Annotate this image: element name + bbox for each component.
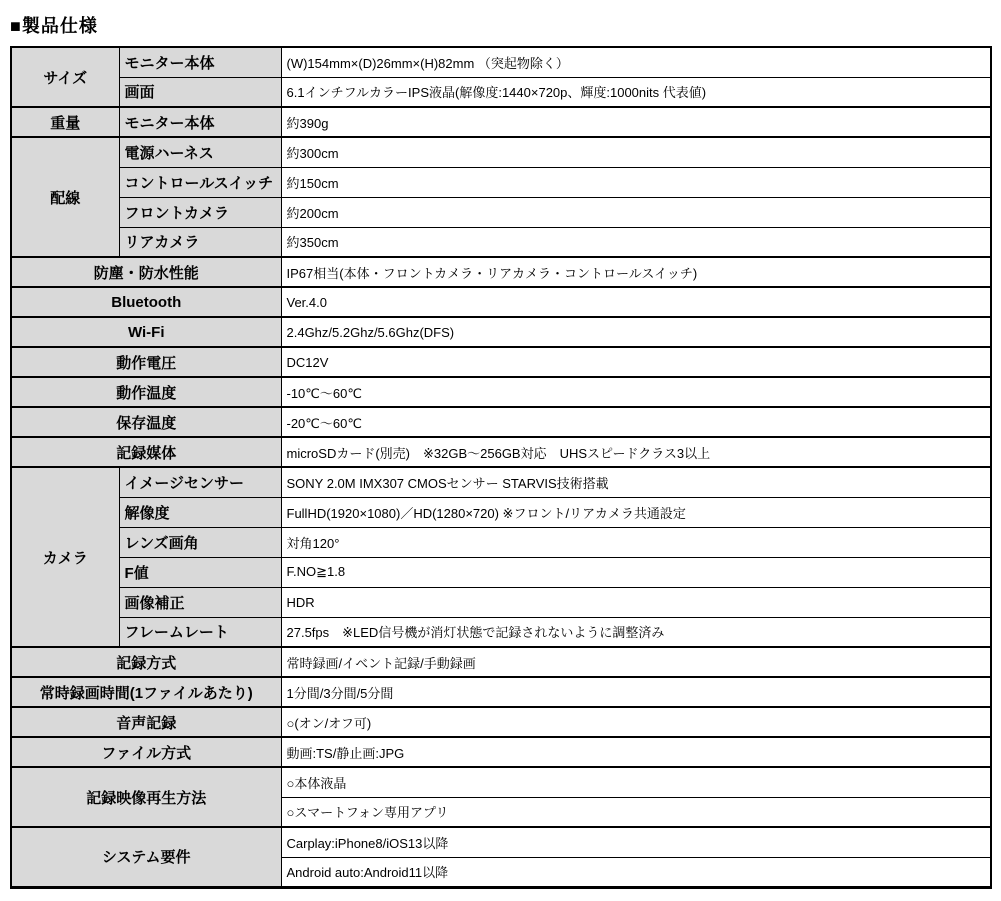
spec-group-label: Wi-Fi [11,317,281,347]
spec-group-label: 配線 [11,137,119,257]
spec-value: 27.5fps ※LED信号機が消灯状態で記録されないように調整済み [281,617,991,647]
table-row: 常時録画時間(1ファイルあたり) 1分間/3分間/5分間 [11,677,991,707]
spec-value: ○スマートフォン専用アプリ [281,797,991,827]
spec-value: IP67相当(本体・フロントカメラ・リアカメラ・コントロールスイッチ) [281,257,991,287]
table-row: 記録映像再生方法 ○本体液晶 [11,767,991,797]
table-row: 保存温度 -20℃～60℃ [11,407,991,437]
spec-value: 2.4Ghz/5.2Ghz/5.6Ghz(DFS) [281,317,991,347]
spec-value: 常時録画/イベント記録/手動録画 [281,647,991,677]
table-row: サイズ モニター本体 (W)154mm×(D)26mm×(H)82mm （突起物… [11,47,991,77]
spec-group-label: システム要件 [11,827,281,887]
spec-value: 約350cm [281,227,991,257]
spec-group-label: 常時録画時間(1ファイルあたり) [11,677,281,707]
spec-sub-label: 解像度 [119,497,281,527]
spec-group-label: 記録映像再生方法 [11,767,281,827]
spec-table: サイズ モニター本体 (W)154mm×(D)26mm×(H)82mm （突起物… [10,46,992,889]
table-row: 動作電圧 DC12V [11,347,991,377]
spec-sub-label: リアカメラ [119,227,281,257]
spec-group-label: 記録方式 [11,647,281,677]
table-row: リアカメラ 約350cm [11,227,991,257]
table-row: フロントカメラ 約200cm [11,197,991,227]
table-row: F値 F.NO≧1.8 [11,557,991,587]
table-row: 配線 電源ハーネス 約300cm [11,137,991,167]
page: ■製品仕様 サイズ モニター本体 (W)154mm×(D)26mm×(H)82m… [0,0,1001,901]
spec-value: 動画:TS/静止画:JPG [281,737,991,767]
spec-group-label: 音声記録 [11,707,281,737]
spec-sub-label: コントロールスイッチ [119,167,281,197]
table-row: レンズ画角 対角120° [11,527,991,557]
table-row: コントロールスイッチ 約150cm [11,167,991,197]
spec-value: Ver.4.0 [281,287,991,317]
table-row: 防塵・防水性能 IP67相当(本体・フロントカメラ・リアカメラ・コントロールスイ… [11,257,991,287]
spec-group-label: カメラ [11,467,119,647]
spec-sub-label: 電源ハーネス [119,137,281,167]
table-row: 画面 6.1インチフルカラーIPS液晶(解像度:1440×720p、輝度:100… [11,77,991,107]
spec-value: microSDカード(別売) ※32GB～256GB対応 UHSスピードクラス3… [281,437,991,467]
spec-value: ○本体液晶 [281,767,991,797]
table-row: 解像度 FullHD(1920×1080)／HD(1280×720) ※フロント… [11,497,991,527]
spec-value: Android auto:Android11以降 [281,857,991,887]
spec-sub-label: フレームレート [119,617,281,647]
spec-sub-label: イメージセンサー [119,467,281,497]
spec-value: ○(オン/オフ可) [281,707,991,737]
spec-value: HDR [281,587,991,617]
spec-value: -10℃～60℃ [281,377,991,407]
spec-group-label: サイズ [11,47,119,107]
spec-sub-label: レンズ画角 [119,527,281,557]
spec-sub-label: フロントカメラ [119,197,281,227]
spec-value: -20℃～60℃ [281,407,991,437]
spec-sub-label: モニター本体 [119,47,281,77]
table-row: 画像補正 HDR [11,587,991,617]
spec-sub-label: F値 [119,557,281,587]
spec-value: 約200cm [281,197,991,227]
spec-group-label: 防塵・防水性能 [11,257,281,287]
page-title: ■製品仕様 [10,12,1001,38]
spec-group-label: 記録媒体 [11,437,281,467]
spec-value: 約300cm [281,137,991,167]
spec-value: 6.1インチフルカラーIPS液晶(解像度:1440×720p、輝度:1000ni… [281,77,991,107]
table-row: 音声記録 ○(オン/オフ可) [11,707,991,737]
table-row: 重量 モニター本体 約390g [11,107,991,137]
table-row: ファイル方式 動画:TS/静止画:JPG [11,737,991,767]
table-row: カメラ イメージセンサー SONY 2.0M IMX307 CMOSセンサー S… [11,467,991,497]
spec-value: Carplay:iPhone8/iOS13以降 [281,827,991,857]
spec-value: 1分間/3分間/5分間 [281,677,991,707]
spec-value: (W)154mm×(D)26mm×(H)82mm （突起物除く） [281,47,991,77]
table-row: Wi-Fi 2.4Ghz/5.2Ghz/5.6Ghz(DFS) [11,317,991,347]
spec-sub-label: モニター本体 [119,107,281,137]
spec-group-label: ファイル方式 [11,737,281,767]
spec-sub-label: 画面 [119,77,281,107]
spec-value: 約390g [281,107,991,137]
spec-value: FullHD(1920×1080)／HD(1280×720) ※フロント/リアカ… [281,497,991,527]
spec-group-label: 重量 [11,107,119,137]
spec-value: 対角120° [281,527,991,557]
table-row: 動作温度 -10℃～60℃ [11,377,991,407]
table-row: 記録方式 常時録画/イベント記録/手動録画 [11,647,991,677]
spec-sub-label: 画像補正 [119,587,281,617]
spec-value: SONY 2.0M IMX307 CMOSセンサー STARVIS技術搭載 [281,467,991,497]
spec-value: DC12V [281,347,991,377]
table-row: 記録媒体 microSDカード(別売) ※32GB～256GB対応 UHSスピー… [11,437,991,467]
spec-group-label: 保存温度 [11,407,281,437]
spec-value: F.NO≧1.8 [281,557,991,587]
spec-group-label: Bluetooth [11,287,281,317]
spec-value: 約150cm [281,167,991,197]
spec-group-label: 動作温度 [11,377,281,407]
table-row: Bluetooth Ver.4.0 [11,287,991,317]
table-row: フレームレート 27.5fps ※LED信号機が消灯状態で記録されないように調整… [11,617,991,647]
table-row: システム要件 Carplay:iPhone8/iOS13以降 [11,827,991,857]
spec-group-label: 動作電圧 [11,347,281,377]
